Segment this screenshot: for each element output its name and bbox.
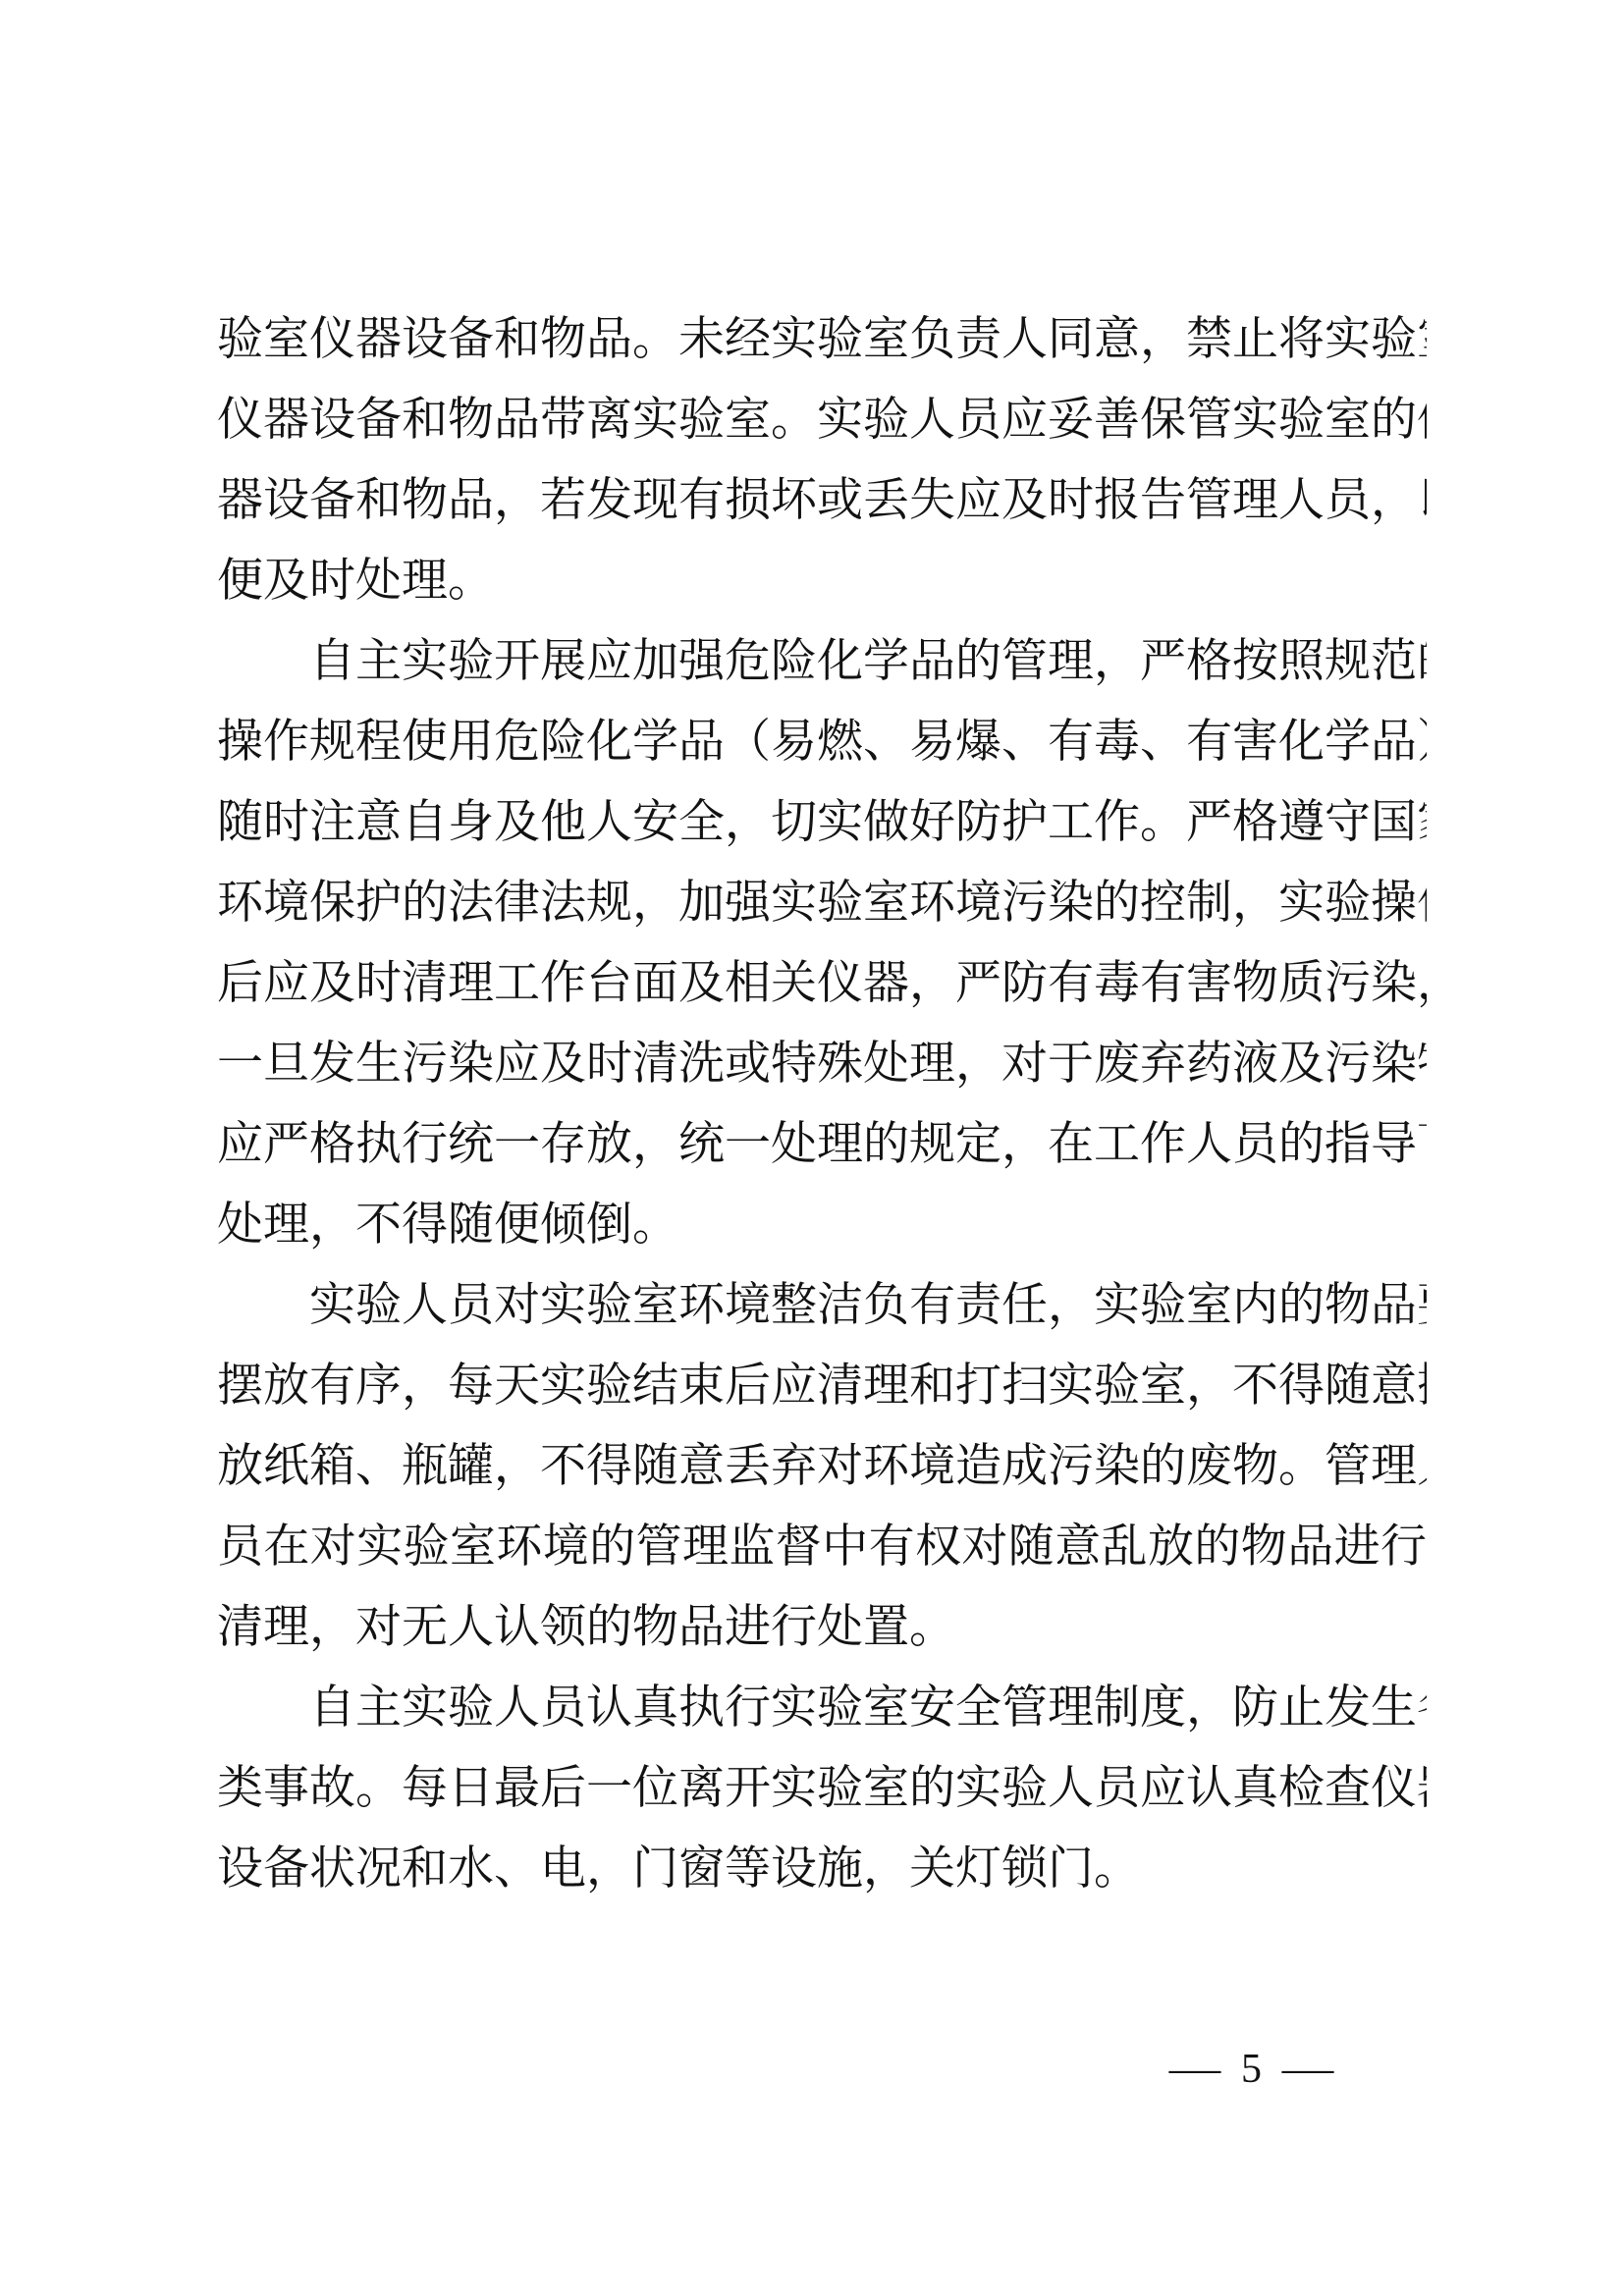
text-line: 一旦发生污染应及时清洗或特殊处理，对于废弃药液及污染物: [217, 1024, 1427, 1104]
text-line: 摆放有序，每天实验结束后应清理和打扫实验室，不得随意摆: [217, 1346, 1427, 1426]
text-line: 环境保护的法律法规，加强实验室环境污染的控制，实验操作: [217, 863, 1427, 943]
text-line: 后应及时清理工作台面及相关仪器，严防有毒有害物质污染，: [217, 943, 1427, 1024]
text-line: 仪器设备和物品带离实验室。实验人员应妥善保管实验室的仪: [217, 380, 1427, 460]
text-line: 验室仪器设备和物品。未经实验室负责人同意，禁止将实验室: [217, 299, 1427, 380]
text-line: 应严格执行统一存放，统一处理的规定，在工作人员的指导下: [217, 1104, 1427, 1185]
text-line: 自主实验人员认真执行实验室安全管理制度，防止发生各: [217, 1668, 1427, 1748]
text-line: 类事故。每日最后一位离开实验室的实验人员应认真检查仪器: [217, 1748, 1427, 1829]
document-body: 验室仪器设备和物品。未经实验室负责人同意，禁止将实验室仪器设备和物品带离实验室。…: [217, 299, 1427, 1909]
text-line: 自主实验开展应加强危险化学品的管理，严格按照规范的: [217, 621, 1427, 702]
text-line: 操作规程使用危险化学品（易燃、易爆、有毒、有害化学品），: [217, 702, 1427, 782]
text-line: 便及时处理。: [217, 541, 1427, 621]
text-line: 员在对实验室环境的管理监督中有权对随意乱放的物品进行: [217, 1507, 1427, 1587]
page-footer: — 5 —: [1174, 2044, 1328, 2095]
text-line: 器设备和物品，若发现有损坏或丢失应及时报告管理人员，以: [217, 460, 1427, 541]
page-number-dash-left: —: [1169, 2044, 1221, 2095]
text-line: 实验人员对实验室环境整洁负有责任，实验室内的物品要: [217, 1265, 1427, 1346]
page-number: 5: [1239, 2044, 1264, 2095]
document-page: 验室仪器设备和物品。未经实验室负责人同意，禁止将实验室仪器设备和物品带离实验室。…: [0, 0, 1623, 2296]
text-line: 处理，不得随便倾倒。: [217, 1185, 1427, 1265]
text-line: 放纸箱、瓶罐，不得随意丢弃对环境造成污染的废物。管理人: [217, 1426, 1427, 1507]
text-line: 清理，对无人认领的物品进行处置。: [217, 1587, 1427, 1668]
text-line: 随时注意自身及他人安全，切实做好防护工作。严格遵守国家: [217, 782, 1427, 863]
text-line: 设备状况和水、电，门窗等设施，关灯锁门。: [217, 1829, 1427, 1909]
page-number-dash-right: —: [1282, 2044, 1334, 2095]
